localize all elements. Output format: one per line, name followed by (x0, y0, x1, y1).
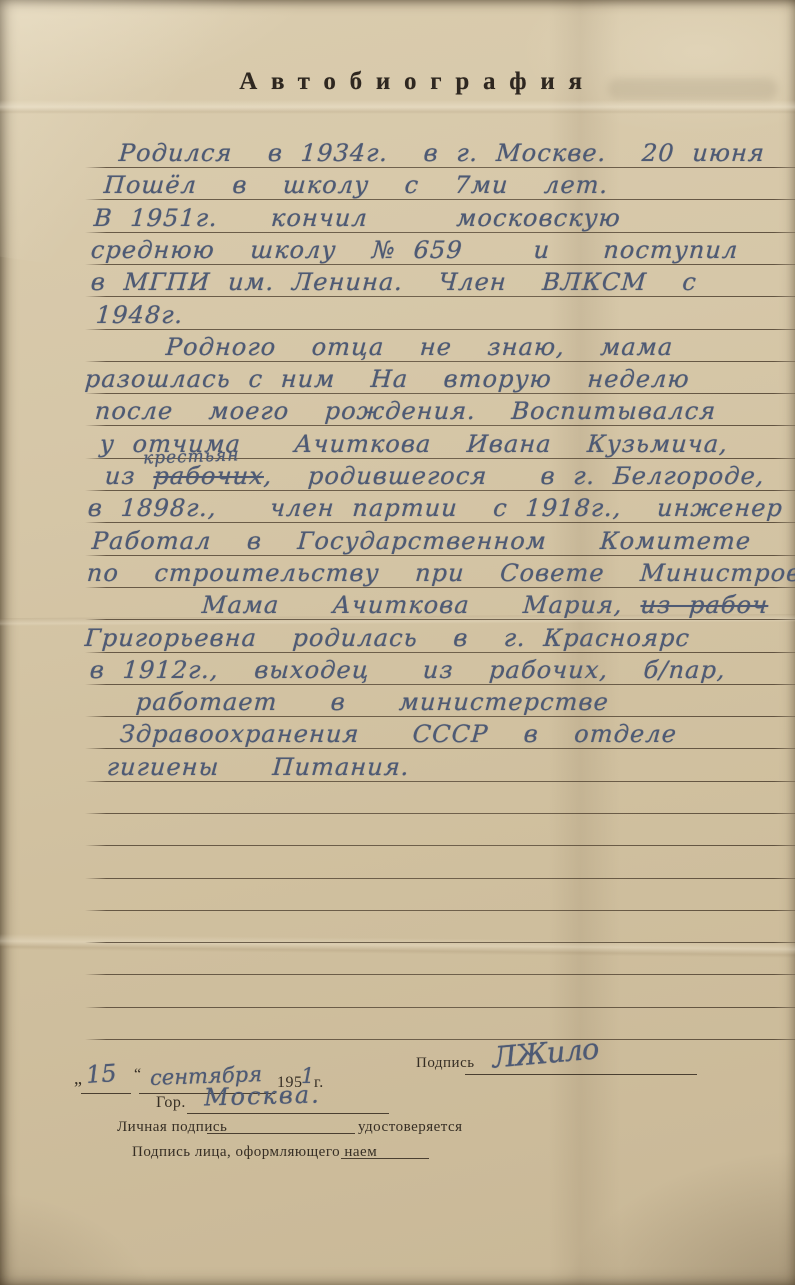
ruled-line (85, 1039, 795, 1040)
city-handwritten: Москва. (204, 1080, 321, 1111)
handwritten-line: Родился в 1934г. в г. Москве. 20 июня (118, 139, 766, 167)
handwritten-text: Работал в Государственном Комитете (91, 527, 752, 555)
paper-crease (0, 934, 795, 958)
handwritten-text: Родился в 1934г. в г. Москве. 20 июня (118, 139, 766, 167)
document-page: Автобиография Родился в 1934г. в г. Моск… (0, 0, 795, 1285)
ruled-line (85, 361, 795, 362)
date-close-quote: “ (134, 1066, 142, 1084)
handwritten-line: Пошёл в школу с 7ми лет. (103, 171, 609, 199)
ruled-line (85, 167, 795, 168)
handwritten-line: среднюю школу № 659 и поступил (90, 236, 739, 264)
handwritten-text: среднюю школу № 659 и поступил (90, 236, 739, 264)
ruled-line (85, 555, 795, 556)
handwritten-line: Здравоохранения СССР в отделе (119, 720, 678, 748)
ruled-line (85, 199, 795, 200)
handwritten-line: в 1912г., выходец из рабочих, б/пар, (89, 656, 727, 684)
signature-label: Подпись (416, 1055, 475, 1072)
handwritten-text: в 1898г., член партии с 1918г., инженер (87, 494, 784, 522)
handwritten-line: Работал в Государственном Комитете (91, 527, 752, 555)
handwritten-text: разошлась с ним На вторую неделю (84, 365, 691, 393)
personal-signature-underline (207, 1133, 355, 1134)
ruled-line (85, 942, 795, 943)
handwritten-line: В 1951г. кончил московскую (93, 204, 622, 232)
handwritten-line: гигиены Питания. (106, 753, 411, 781)
handwritten-line: работает в министерстве (135, 688, 610, 716)
handwritten-line: в 1898г., член партии с 1918г., инженер (87, 494, 784, 522)
handwritten-text: В 1951г. кончил московскую (93, 204, 622, 232)
handwritten-text: Родного отца не знаю, мама (165, 333, 674, 361)
ruled-line (85, 974, 795, 975)
ruled-line (85, 910, 795, 911)
ruled-line (85, 716, 795, 717)
city-underline (187, 1113, 389, 1114)
handwritten-text: после моего рождения. Воспитывался (94, 397, 717, 425)
handwritten-text: в 1912г., выходец из рабочих, б/пар, (89, 656, 727, 684)
handwritten-line: разошлась с ним На вторую неделю (84, 365, 691, 393)
handwritten-text: работает в министерстве (135, 688, 610, 716)
certified-label: удостоверяется (358, 1119, 463, 1136)
signature-underline (465, 1074, 697, 1075)
paper-crease (0, 100, 795, 114)
ruled-line (85, 781, 795, 782)
handwritten-text: Здравоохранения СССР в отделе (119, 720, 678, 748)
handwritten-text: в МГПИ им. Ленина. Член ВЛКСМ с (90, 268, 698, 296)
ruled-line (85, 329, 795, 330)
ruled-line (85, 522, 795, 523)
ruled-line (85, 813, 795, 814)
struck-through-text: из рабоч (640, 591, 770, 619)
ruled-line (85, 232, 795, 233)
ruled-line (85, 393, 795, 394)
inserted-word: крестьян (143, 445, 240, 468)
handwritten-text: 1948г. (95, 301, 184, 329)
date-day-handwritten: 15 (85, 1059, 117, 1089)
ruled-line (85, 878, 795, 879)
date-day-underline (81, 1093, 131, 1094)
handwritten-text: Григорьевна родилась в г. Красноярс (84, 624, 691, 652)
date-open-quote: „ (74, 1068, 83, 1089)
ruled-line (85, 587, 795, 588)
signature-scribble: ЛЖило (491, 1031, 600, 1074)
handwritten-line: Родного отца не знаю, мама (165, 333, 674, 361)
handwritten-line: Мама Ачиткова Мария, из рабоч (201, 591, 769, 619)
ruled-line (85, 652, 795, 653)
ruled-line (85, 425, 795, 426)
handwritten-line: после моего рождения. Воспитывался (94, 397, 717, 425)
handwritten-line: по строительству при Совете Министров С (86, 559, 795, 587)
ruled-line (85, 1007, 795, 1008)
ruled-line (85, 490, 795, 491)
handwritten-text: , родившегося в г. Белгороде, (263, 462, 766, 490)
handwritten-text: Мама Ачиткова Мария, (201, 591, 642, 619)
handwritten-line: 1948г. (95, 301, 184, 329)
ruled-line (85, 264, 795, 265)
ruled-line (85, 845, 795, 846)
ruled-line (85, 684, 795, 685)
ruled-line (85, 296, 795, 297)
ruled-line (85, 748, 795, 749)
hiring-officer-underline (341, 1158, 429, 1159)
page-title: Автобиография (0, 68, 795, 96)
handwritten-line: в МГПИ им. Ленина. Член ВЛКСМ с (90, 268, 698, 296)
handwritten-text: Пошёл в школу с 7ми лет. (103, 171, 609, 199)
ruled-line (85, 619, 795, 620)
handwritten-text: гигиены Питания. (106, 753, 411, 781)
handwritten-text: по строительству при Совете Министров С (86, 559, 795, 587)
city-label: Гор. (156, 1094, 186, 1112)
handwritten-line: Григорьевна родилась в г. Красноярс (84, 624, 691, 652)
